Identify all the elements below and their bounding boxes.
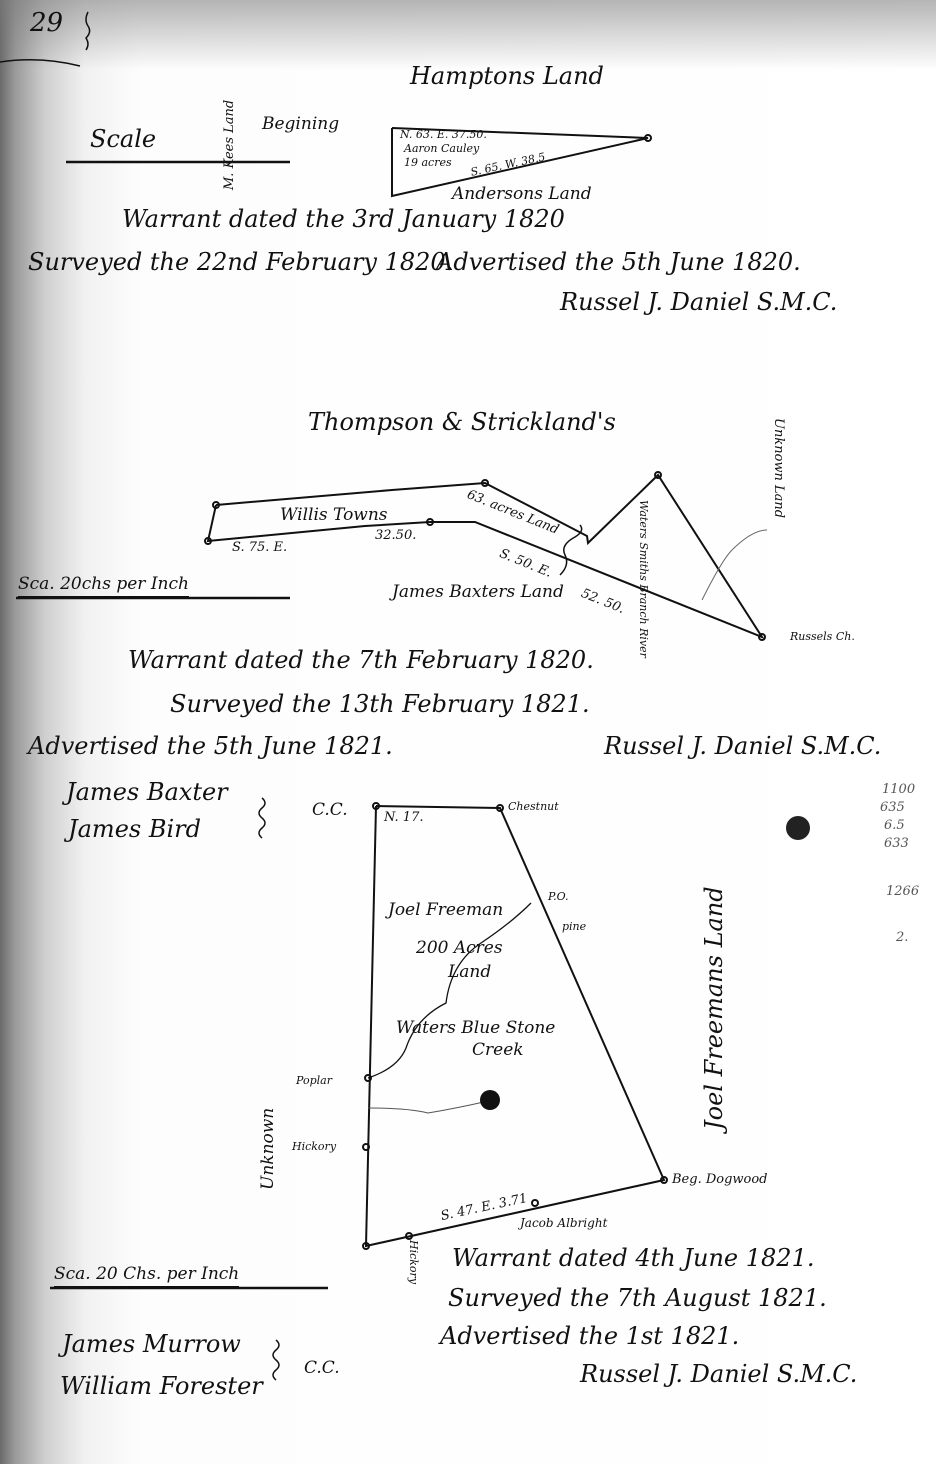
plat1-acres: 19 acres [404, 156, 452, 169]
plat1-south-label: Andersons Land [452, 184, 592, 204]
plat2-advertised: Advertised the 5th June 1821. [28, 732, 393, 760]
plat2-waters-label: Waters Smiths Branch River [637, 500, 650, 658]
plat3-waters: Waters Blue Stone [396, 1018, 555, 1038]
plat1-tract-name: Aaron Cauley [404, 142, 479, 155]
plat1-north-label: Hamptons Land [410, 62, 604, 90]
plat3-surveyed: Surveyed the 7th August 1821. [448, 1284, 827, 1312]
plat3-land: Land [448, 962, 491, 982]
plat1-west-label: M. Kees Land [222, 100, 237, 190]
cc1-name-1: James Baxter [66, 778, 228, 806]
plat3-south-corner: Beg. Dogwood [672, 1172, 768, 1187]
plat3-creek: Creek [472, 1040, 524, 1060]
plat1-surveyed: Surveyed the 22nd February 1820. [28, 248, 453, 276]
plat3-west-corner-2: Hickory [292, 1140, 336, 1153]
cc2-name-2: William Forester [60, 1372, 263, 1400]
plat2-warrant: Warrant dated the 7th February 1820. [128, 646, 594, 674]
plat3-surveyor: Russel J. Daniel S.M.C. [580, 1360, 857, 1388]
page-number: 29 [30, 8, 63, 38]
plat3-warrant: Warrant dated 4th June 1821. [452, 1244, 814, 1272]
plat2-south-label: James Baxters Land [392, 582, 564, 602]
plat3-east-corner: P.O. [548, 890, 569, 903]
plat2-surveyed: Surveyed the 13th February 1821. [170, 690, 590, 718]
plat2-scale-label: Sca. 20chs per Inch [18, 574, 189, 598]
plat1-surveyor: Russel J. Daniel S.M.C. [560, 288, 837, 316]
plat3-west-corner-1: Poplar [296, 1074, 332, 1087]
plat3-sw-corner: Hickory [407, 1240, 420, 1284]
plat3-east-corner-2: pine [562, 920, 586, 933]
plat1-warrant: Warrant dated the 3rd January 1820 [122, 205, 565, 233]
cc2-name-1: James Murrow [62, 1330, 241, 1358]
plat2-corner-se: Russels Ch. [790, 630, 855, 643]
plat2-owner: Willis Towns [280, 505, 388, 525]
plat3-east-label: Joel Freemans Land [700, 886, 728, 1130]
plat3-scale-label: Sca. 20 Chs. per Inch [54, 1264, 239, 1288]
plat2-east-label: Unknown Land [771, 418, 786, 518]
margin-note-1: 1100 [882, 782, 915, 797]
plat3-north-corner: Chestnut [508, 800, 559, 813]
margin-note-2: 635 [880, 800, 905, 815]
margin-note-5: 1266 [886, 884, 919, 899]
cc2-role: C.C. [304, 1358, 340, 1378]
plat2-north-label: Thompson & Strickland's [308, 408, 616, 436]
plat2-south-call-1: S. 75. E. [232, 540, 287, 555]
margin-note-6: 2. [896, 930, 908, 945]
margin-note-4: 633 [884, 836, 909, 851]
plat2-surveyor: Russel J. Daniel S.M.C. [604, 732, 881, 760]
plat3-south-label: Jacob Albright [520, 1216, 607, 1230]
plat1-advertised: Advertised the 5th June 1820. [436, 248, 801, 276]
plat3-advertised: Advertised the 1st 1821. [440, 1322, 739, 1350]
plat3-west-label: Unknown [258, 1108, 278, 1190]
cc1-role: C.C. [312, 800, 348, 820]
margin-note-3: 6.5 [884, 818, 905, 833]
plat1-beginning-label: Begining [262, 114, 339, 134]
plat1-scale-label: Scale [90, 125, 156, 153]
plat2-south-call-2: 32.50. [375, 528, 416, 543]
plat3-owner: Joel Freeman [388, 900, 503, 920]
plat3-north-call: N. 17. [384, 810, 423, 825]
plat3-acres: 200 Acres [416, 938, 503, 958]
plat1-call-1: N. 63. E. 37.50. [400, 128, 487, 141]
cc1-name-2: James Bird [68, 815, 201, 843]
